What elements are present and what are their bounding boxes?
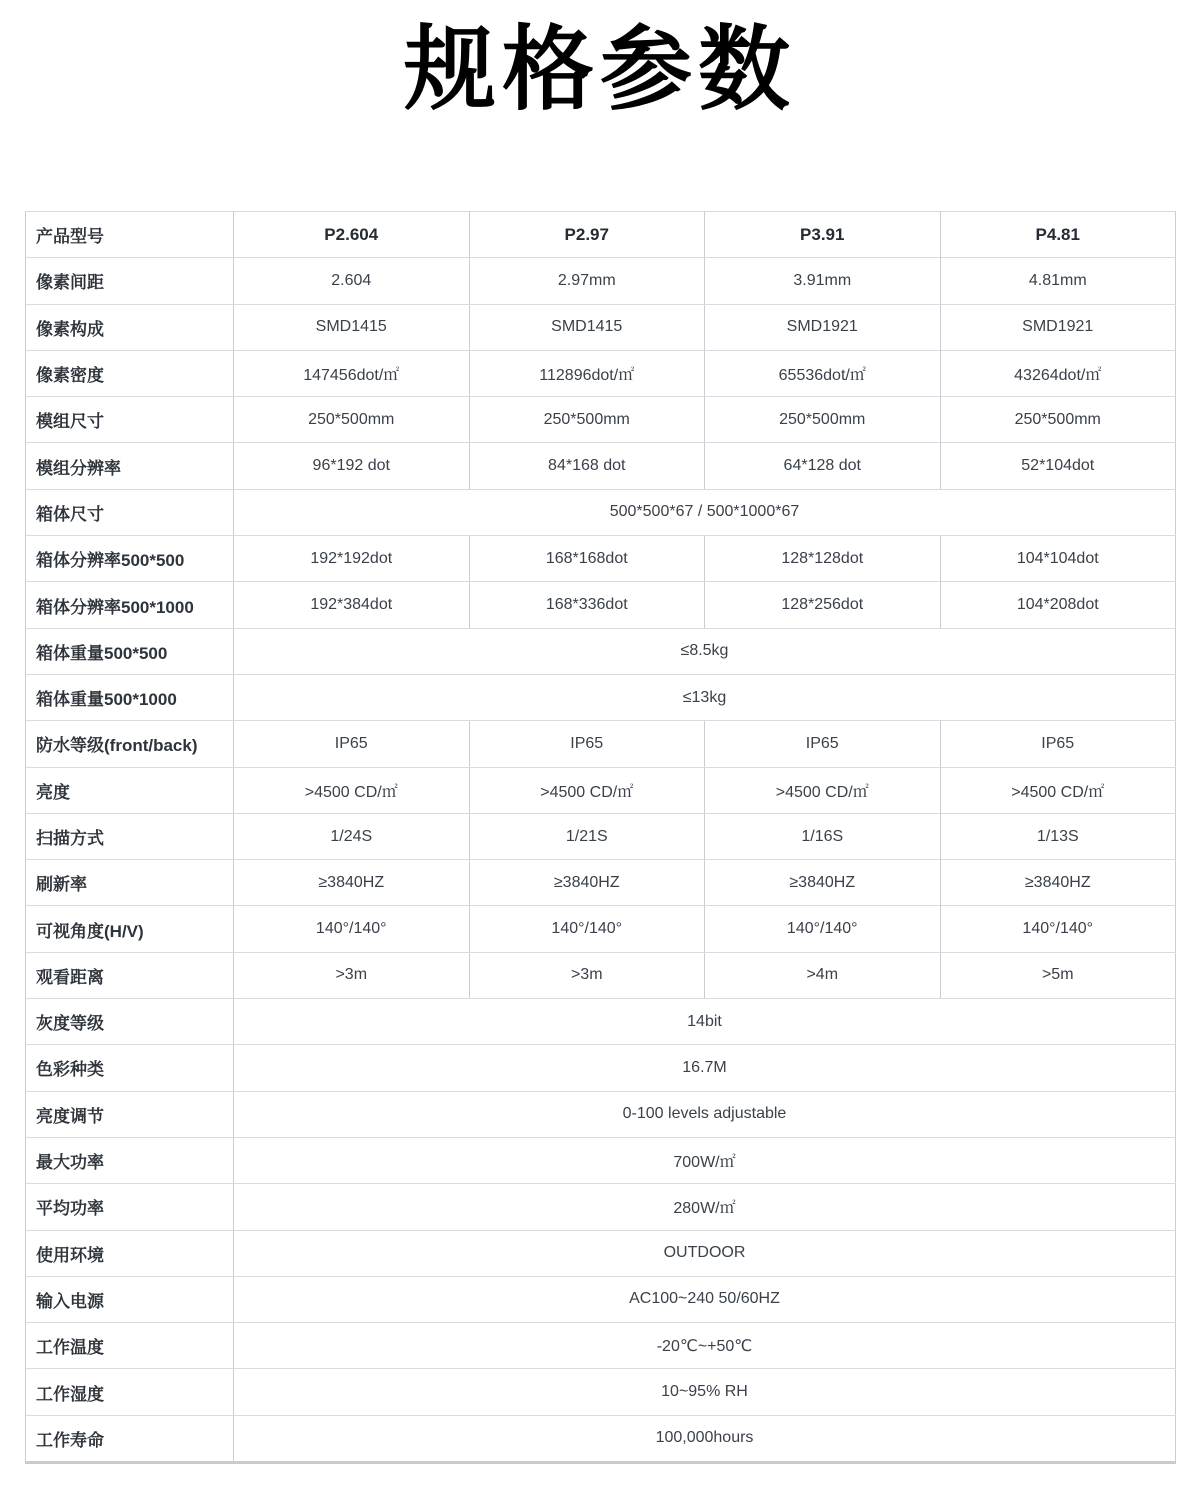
cell-value: >4m — [705, 952, 941, 998]
cell-value: 96*192 dot — [234, 443, 470, 489]
cell-value: ≥3840HZ — [234, 860, 470, 906]
cell-value: 140°/140° — [940, 906, 1176, 952]
cell-value: >4500 CD/㎡ — [469, 767, 705, 813]
table-row: 像素密度147456dot/㎡112896dot/㎡65536dot/㎡4326… — [26, 350, 1176, 396]
cell-value: 1/13S — [940, 813, 1176, 859]
row-label: 像素构成 — [26, 304, 234, 350]
cell-value: 2.604 — [234, 258, 470, 304]
table-row: 工作温度-20℃~+50℃ — [26, 1323, 1176, 1369]
cell-value-span: ≤13kg — [234, 674, 1176, 720]
table-row: 可视角度(H/V)140°/140°140°/140°140°/140°140°… — [26, 906, 1176, 952]
cell-value: >4500 CD/㎡ — [705, 767, 941, 813]
cell-value: IP65 — [234, 721, 470, 767]
cell-value: 250*500mm — [469, 397, 705, 443]
cell-value: 1/16S — [705, 813, 941, 859]
cell-value: 84*168 dot — [469, 443, 705, 489]
row-label: 工作温度 — [26, 1323, 234, 1369]
table-row: 刷新率≥3840HZ≥3840HZ≥3840HZ≥3840HZ — [26, 860, 1176, 906]
cell-value-span: OUTDOOR — [234, 1230, 1176, 1276]
cell-value: 168*168dot — [469, 536, 705, 582]
cell-value: IP65 — [705, 721, 941, 767]
cell-value: IP65 — [940, 721, 1176, 767]
cell-value: >4500 CD/㎡ — [234, 767, 470, 813]
table-row: 平均功率280W/㎡ — [26, 1184, 1176, 1230]
cell-value: P4.81 — [940, 212, 1176, 258]
cell-value: 112896dot/㎡ — [469, 350, 705, 396]
cell-value: 147456dot/㎡ — [234, 350, 470, 396]
cell-value: ≥3840HZ — [705, 860, 941, 906]
row-label: 箱体重量500*500 — [26, 628, 234, 674]
table-row: 模组尺寸250*500mm250*500mm250*500mm250*500mm — [26, 397, 1176, 443]
row-label: 箱体分辨率500*1000 — [26, 582, 234, 628]
cell-value-span: ≤8.5kg — [234, 628, 1176, 674]
cell-value: 43264dot/㎡ — [940, 350, 1176, 396]
row-label: 最大功率 — [26, 1137, 234, 1183]
table-row: 输入电源AC100~240 50/60HZ — [26, 1276, 1176, 1322]
page-title: 规格参数 — [0, 18, 1200, 124]
row-label: 像素密度 — [26, 350, 234, 396]
cell-value-span: -20℃~+50℃ — [234, 1323, 1176, 1369]
cell-value: 104*208dot — [940, 582, 1176, 628]
cell-value: >3m — [469, 952, 705, 998]
cell-value: 3.91mm — [705, 258, 941, 304]
spec-sheet-page: 规格参数 产品型号P2.604P2.97P3.91P4.81像素间距2.6042… — [0, 0, 1200, 1500]
row-label: 产品型号 — [26, 212, 234, 258]
cell-value-span: 700W/㎡ — [234, 1137, 1176, 1183]
row-label: 观看距离 — [26, 952, 234, 998]
row-label: 工作寿命 — [26, 1415, 234, 1462]
cell-value: >3m — [234, 952, 470, 998]
cell-value-span: 10~95% RH — [234, 1369, 1176, 1415]
cell-value: 168*336dot — [469, 582, 705, 628]
row-label: 色彩种类 — [26, 1045, 234, 1091]
row-label: 输入电源 — [26, 1276, 234, 1322]
row-label: 箱体尺寸 — [26, 489, 234, 535]
cell-value: P2.97 — [469, 212, 705, 258]
cell-value: SMD1921 — [940, 304, 1176, 350]
cell-value-span: 0-100 levels adjustable — [234, 1091, 1176, 1137]
table-row: 工作湿度10~95% RH — [26, 1369, 1176, 1415]
row-label: 亮度调节 — [26, 1091, 234, 1137]
table-row: 箱体分辨率500*1000192*384dot168*336dot128*256… — [26, 582, 1176, 628]
row-label: 扫描方式 — [26, 813, 234, 859]
table-row: 最大功率700W/㎡ — [26, 1137, 1176, 1183]
row-label: 防水等级(front/back) — [26, 721, 234, 767]
row-label: 亮度 — [26, 767, 234, 813]
row-label: 平均功率 — [26, 1184, 234, 1230]
table-row: 灰度等级14bit — [26, 999, 1176, 1045]
cell-value: 250*500mm — [234, 397, 470, 443]
cell-value: 1/21S — [469, 813, 705, 859]
row-label: 箱体分辨率500*500 — [26, 536, 234, 582]
cell-value: 65536dot/㎡ — [705, 350, 941, 396]
table-row: 箱体尺寸500*500*67 / 500*1000*67 — [26, 489, 1176, 535]
cell-value: 128*128dot — [705, 536, 941, 582]
cell-value: 192*384dot — [234, 582, 470, 628]
cell-value: P2.604 — [234, 212, 470, 258]
row-label: 模组尺寸 — [26, 397, 234, 443]
cell-value: P3.91 — [705, 212, 941, 258]
cell-value: 2.97mm — [469, 258, 705, 304]
row-label: 模组分辨率 — [26, 443, 234, 489]
cell-value: SMD1921 — [705, 304, 941, 350]
table-row: 亮度>4500 CD/㎡>4500 CD/㎡>4500 CD/㎡>4500 CD… — [26, 767, 1176, 813]
spec-table-body: 产品型号P2.604P2.97P3.91P4.81像素间距2.6042.97mm… — [26, 212, 1176, 1463]
table-row: 色彩种类16.7M — [26, 1045, 1176, 1091]
row-label: 使用环境 — [26, 1230, 234, 1276]
cell-value: 140°/140° — [234, 906, 470, 952]
cell-value: ≥3840HZ — [469, 860, 705, 906]
table-row: 像素构成SMD1415SMD1415SMD1921SMD1921 — [26, 304, 1176, 350]
row-label: 刷新率 — [26, 860, 234, 906]
cell-value-span: 280W/㎡ — [234, 1184, 1176, 1230]
cell-value: 250*500mm — [940, 397, 1176, 443]
spec-table: 产品型号P2.604P2.97P3.91P4.81像素间距2.6042.97mm… — [25, 211, 1176, 1464]
cell-value: 128*256dot — [705, 582, 941, 628]
table-row: 使用环境OUTDOOR — [26, 1230, 1176, 1276]
cell-value: 192*192dot — [234, 536, 470, 582]
cell-value: 52*104dot — [940, 443, 1176, 489]
row-label: 可视角度(H/V) — [26, 906, 234, 952]
cell-value: ≥3840HZ — [940, 860, 1176, 906]
cell-value-span: 16.7M — [234, 1045, 1176, 1091]
table-row: 亮度调节0-100 levels adjustable — [26, 1091, 1176, 1137]
cell-value: 4.81mm — [940, 258, 1176, 304]
table-row: 防水等级(front/back)IP65IP65IP65IP65 — [26, 721, 1176, 767]
table-row: 箱体分辨率500*500192*192dot168*168dot128*128d… — [26, 536, 1176, 582]
table-row: 箱体重量500*500≤8.5kg — [26, 628, 1176, 674]
cell-value: >4500 CD/㎡ — [940, 767, 1176, 813]
cell-value: 64*128 dot — [705, 443, 941, 489]
table-header-row: 产品型号P2.604P2.97P3.91P4.81 — [26, 212, 1176, 258]
cell-value: 104*104dot — [940, 536, 1176, 582]
cell-value-span: 100,000hours — [234, 1415, 1176, 1462]
table-row: 模组分辨率96*192 dot84*168 dot64*128 dot52*10… — [26, 443, 1176, 489]
table-row: 扫描方式1/24S1/21S1/16S1/13S — [26, 813, 1176, 859]
cell-value: SMD1415 — [469, 304, 705, 350]
cell-value: 250*500mm — [705, 397, 941, 443]
row-label: 工作湿度 — [26, 1369, 234, 1415]
row-label: 像素间距 — [26, 258, 234, 304]
table-row: 箱体重量500*1000≤13kg — [26, 674, 1176, 720]
cell-value-span: 14bit — [234, 999, 1176, 1045]
cell-value: 1/24S — [234, 813, 470, 859]
cell-value: IP65 — [469, 721, 705, 767]
table-row: 像素间距2.6042.97mm3.91mm4.81mm — [26, 258, 1176, 304]
cell-value-span: 500*500*67 / 500*1000*67 — [234, 489, 1176, 535]
cell-value-span: AC100~240 50/60HZ — [234, 1276, 1176, 1322]
table-row: 观看距离>3m>3m>4m>5m — [26, 952, 1176, 998]
row-label: 箱体重量500*1000 — [26, 674, 234, 720]
table-row: 工作寿命100,000hours — [26, 1415, 1176, 1462]
cell-value: SMD1415 — [234, 304, 470, 350]
cell-value: 140°/140° — [469, 906, 705, 952]
cell-value: 140°/140° — [705, 906, 941, 952]
cell-value: >5m — [940, 952, 1176, 998]
row-label: 灰度等级 — [26, 999, 234, 1045]
